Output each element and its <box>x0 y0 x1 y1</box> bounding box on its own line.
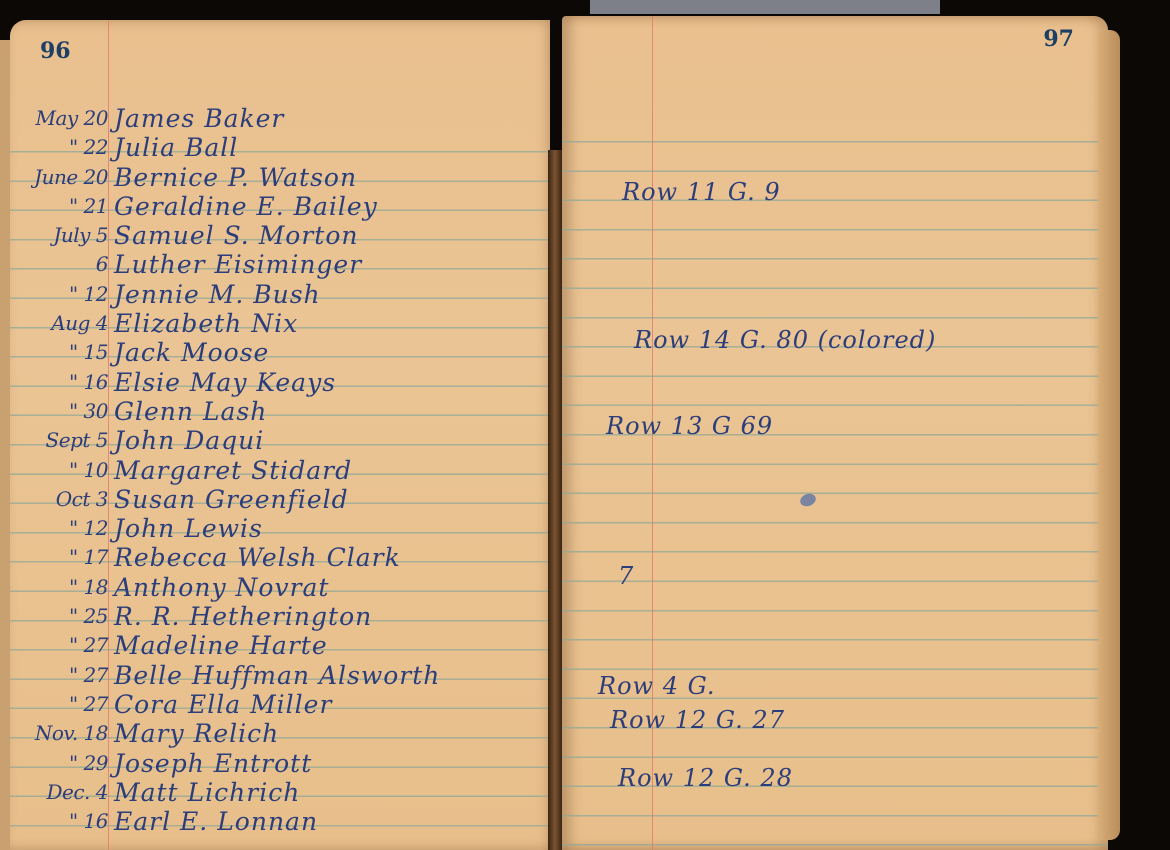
list-item: " 25R. R. Hetherington <box>10 602 555 631</box>
list-item: " 16Elsie May Keays <box>10 368 555 397</box>
entry-name: Margaret Stidard <box>114 456 352 485</box>
entry-name: Joseph Entrott <box>114 749 312 778</box>
entry-name: James Baker <box>114 104 284 133</box>
right-page: 97 Row 11 G. 9 Row 14 G. 80 (colored) Ro… <box>562 16 1108 850</box>
entry-date: " 27 <box>14 631 108 660</box>
list-item: May 20James Baker <box>10 104 555 133</box>
list-item: " 17Rebecca Welsh Clark <box>10 543 555 572</box>
entry-date: " 27 <box>14 661 108 690</box>
entry-name: Matt Lichrich <box>114 778 300 807</box>
list-item: " 12Jennie M. Bush <box>10 280 555 309</box>
entry-name: John Daqui <box>114 426 264 455</box>
entry-name: Geraldine E. Bailey <box>114 192 378 221</box>
grave-note: Row 13 G 69 <box>606 412 773 440</box>
entry-date: " 10 <box>14 456 108 485</box>
list-item: " 10Margaret Stidard <box>10 456 555 485</box>
entry-date: June 20 <box>14 163 108 192</box>
entry-date: " 22 <box>14 133 108 162</box>
entry-date: Oct 3 <box>14 485 108 514</box>
entry-name: Julia Ball <box>114 133 238 162</box>
list-item: Nov. 18Mary Relich <box>10 719 555 748</box>
entry-date: " 29 <box>14 749 108 778</box>
entry-date: " 16 <box>14 807 108 836</box>
list-item: " 27Madeline Harte <box>10 631 555 660</box>
list-item: " 12John Lewis <box>10 514 555 543</box>
list-item: " 30Glenn Lash <box>10 397 555 426</box>
entry-name: Jack Moose <box>114 338 269 367</box>
entry-date: " 12 <box>14 514 108 543</box>
list-item: " 29Joseph Entrott <box>10 749 555 778</box>
list-item: Sept 5John Daqui <box>10 426 555 455</box>
entry-name: Luther Eisiminger <box>114 250 362 279</box>
grave-note: Row 11 G. 9 <box>622 178 781 206</box>
entry-date: July 5 <box>14 221 108 250</box>
list-item: 6Luther Eisiminger <box>10 250 555 279</box>
list-item: " 21Geraldine E. Bailey <box>10 192 555 221</box>
grave-note: Row 12 G. 27 <box>610 706 785 734</box>
grave-note: 7 <box>618 562 634 590</box>
entry-name: Cora Ella Miller <box>114 690 332 719</box>
entry-name: Belle Huffman Alsworth <box>114 661 440 690</box>
book-spine <box>548 150 562 850</box>
page-block-edge <box>1098 30 1120 840</box>
grave-note: Row 4 G. <box>598 672 716 700</box>
entry-date: " 17 <box>14 543 108 572</box>
entry-date: " 21 <box>14 192 108 221</box>
list-item: " 16Earl E. Lonnan <box>10 807 555 836</box>
entry-date: " 27 <box>14 690 108 719</box>
entry-name: Elsie May Keays <box>114 368 336 397</box>
list-item: June 20Bernice P. Watson <box>10 163 555 192</box>
entry-name: Glenn Lash <box>114 397 267 426</box>
top-paper-tab <box>590 0 940 14</box>
list-item: Dec. 4Matt Lichrich <box>10 778 555 807</box>
list-item: Aug 4Elizabeth Nix <box>10 309 555 338</box>
list-item: " 27Cora Ella Miller <box>10 690 555 719</box>
entry-date: Nov. 18 <box>14 719 108 748</box>
entry-date: " 12 <box>14 280 108 309</box>
list-item: " 15Jack Moose <box>10 338 555 367</box>
entry-date: Dec. 4 <box>14 778 108 807</box>
entry-name: Susan Greenfield <box>114 485 349 514</box>
entry-date: Sept 5 <box>14 426 108 455</box>
entry-date: " 30 <box>14 397 108 426</box>
page-number: 97 <box>1043 26 1074 52</box>
entry-date: 6 <box>14 250 108 279</box>
page-number: 96 <box>40 38 71 64</box>
list-item: " 22Julia Ball <box>10 133 555 162</box>
entry-date: " 18 <box>14 573 108 602</box>
entry-name: Elizabeth Nix <box>114 309 298 338</box>
grave-note: Row 14 G. 80 (colored) <box>634 326 936 354</box>
entry-name: Madeline Harte <box>114 631 328 660</box>
grave-note: Row 12 G. 28 <box>618 764 793 792</box>
entry-list: May 20James Baker " 22Julia Ball June 20… <box>10 104 555 836</box>
entry-date: " 16 <box>14 368 108 397</box>
list-item: " 18Anthony Novrat <box>10 573 555 602</box>
entry-name: Rebecca Welsh Clark <box>114 543 401 572</box>
list-item: " 27Belle Huffman Alsworth <box>10 661 555 690</box>
entry-name: R. R. Hetherington <box>114 602 372 631</box>
entry-name: Earl E. Lonnan <box>114 807 318 836</box>
ruled-lines <box>562 114 1108 850</box>
list-item: July 5Samuel S. Morton <box>10 221 555 250</box>
entry-name: Samuel S. Morton <box>114 221 359 250</box>
entry-date: " 15 <box>14 338 108 367</box>
left-page: 96 May 20James Baker " 22Julia Ball June… <box>10 20 555 850</box>
entry-date: Aug 4 <box>14 309 108 338</box>
entry-name: Anthony Novrat <box>114 573 329 602</box>
list-item: Oct 3Susan Greenfield <box>10 485 555 514</box>
entry-name: Jennie M. Bush <box>114 280 321 309</box>
entry-date: May 20 <box>14 104 108 133</box>
entry-date: " 25 <box>14 602 108 631</box>
entry-name: John Lewis <box>114 514 263 543</box>
entry-name: Bernice P. Watson <box>114 163 357 192</box>
entry-name: Mary Relich <box>114 719 279 748</box>
